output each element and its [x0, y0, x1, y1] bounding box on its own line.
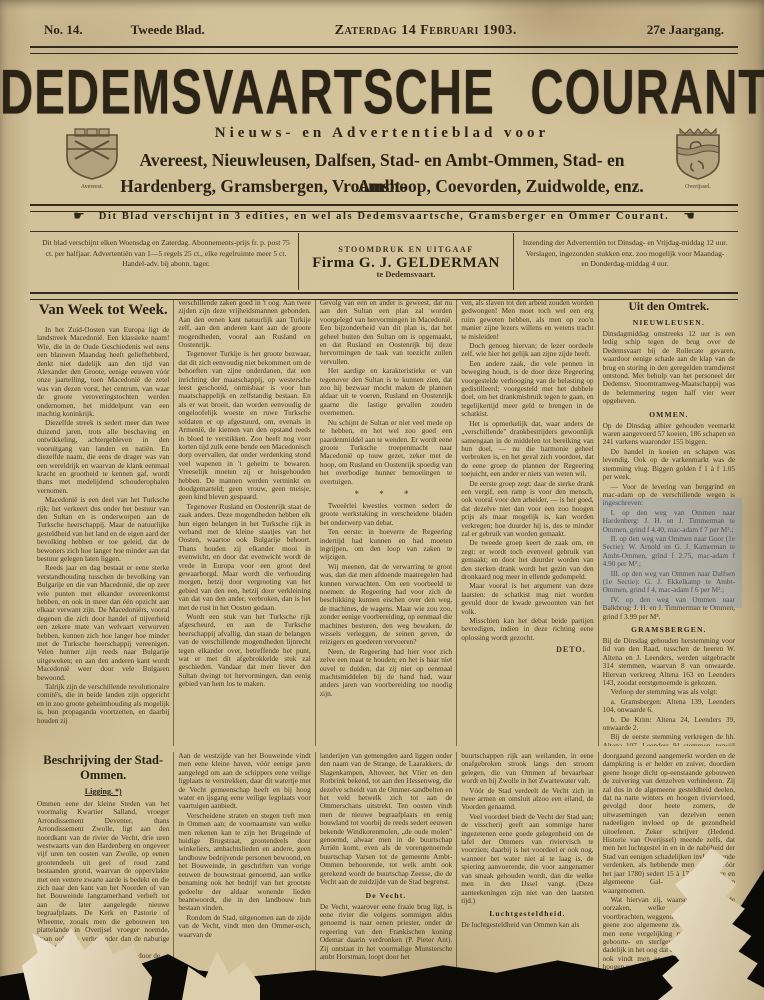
paragraph: landerijen van gemengden aard liggen ond…: [320, 752, 452, 887]
text-column: ven, als slaven tot den arbeid zouden wo…: [456, 299, 597, 746]
paragraph: Gevolg van een en ander is geweest, dat …: [320, 299, 452, 366]
overijssel-crest: Overijssel.: [656, 125, 740, 190]
paragraph: Dinsdagmiddag omstreeks 12 uur is een le…: [603, 330, 735, 406]
imprint-row: Dit blad verschijnt elken Woensdag en Za…: [34, 233, 736, 290]
divider-stars: * * *: [320, 489, 452, 499]
paragraph: De Vecht, waarover eene fraaie brug ligt…: [320, 903, 452, 962]
paragraph: Vóór de Stad verdeelt de Vecht zich in t…: [461, 787, 593, 812]
publication-date: Zaterdag 14 Februari 1903.: [205, 23, 647, 39]
paragraph: Veel voordeel biedt de Vecht der Stad aa…: [461, 813, 593, 905]
paragraph: Wordt een stuk van het Turksche rijk afg…: [178, 613, 310, 689]
paragraph: Ommen eene der kleine Steden van het voo…: [37, 800, 169, 951]
avereest-crest-caption: Avereest.: [50, 184, 134, 190]
body-section-bottom: Beschrijving der Stad-Ommen.Ligging. *)O…: [33, 752, 739, 988]
regions-line-2: Hardenberg, Gramsbergen, Vroomshoop, Coe…: [118, 173, 646, 199]
sub-heading: NIEUWLEUSEN.: [603, 318, 735, 327]
avereest-crest: Avereest.: [50, 127, 134, 190]
text-column: verschillende zaken goed in 't oog. Aan …: [173, 299, 314, 746]
paragraph: In het Zuid-Oosten van Europa ligt de la…: [37, 326, 169, 418]
paragraph: b. De Krim: Altena 24, Leenders 39, onwa…: [603, 716, 735, 733]
sub-heading: De Vecht.: [320, 891, 452, 900]
newspaper-page: No. 14. Tweede Blad. Zaterdag 14 Februar…: [0, 0, 764, 1000]
text-column: landerijen van gemengden aard liggen ond…: [315, 752, 456, 988]
paragraph: a. Gramsbergen: Altena 139, Leenders 104…: [603, 698, 735, 715]
paragraph: Het aardige en karakteristieke er van te…: [320, 367, 452, 417]
paragraph: buurtschappen rijk aan weilanden, in een…: [461, 752, 593, 786]
paragraph: Diezelfde streek is sedert meer dan twee…: [37, 419, 169, 495]
edition-rule: [30, 231, 738, 232]
paragraph: Tegenover Rusland en Oostenrijk staat de…: [178, 503, 310, 612]
paragraph: Rondom de Stad, uitgenomen aan de zijde …: [178, 914, 310, 939]
paragraph: Een andere zaak, die vele pennen in bewe…: [461, 360, 593, 419]
text-column: buurtschappen rijk aan weilanden, in een…: [456, 752, 597, 988]
publisher-box: STOOMDRUK EN UITGAAF Firma G. J. GELDERM…: [298, 233, 514, 290]
paragraph: Talrijk zijn de verschillende revolution…: [37, 683, 169, 725]
paragraph: ven, als slaven tot den arbeid zouden wo…: [461, 299, 593, 341]
paragraph: Nu schijnt de Sultan er niet veel mede o…: [320, 419, 452, 486]
article-heading: Beschrijving der Stad-Ommen.: [37, 753, 169, 783]
edition-label: Tweede Blad.: [131, 22, 205, 38]
header-row: No. 14. Tweede Blad. Zaterdag 14 Februar…: [44, 22, 724, 39]
paragraph: Maar vooral is het argument van deze laa…: [461, 582, 593, 616]
paragraph: De eerste groep zegt: daar de sterke dra…: [461, 480, 593, 539]
paragraph: Verloop der stemming was als volgt:: [603, 688, 735, 696]
overijssel-crest-caption: Overijssel.: [656, 184, 740, 190]
pointing-hand-left-icon: ☚: [683, 209, 695, 224]
paragraph: Reeds jaar en dag bestaat er eene sterke…: [37, 564, 169, 682]
paragraph: De luchtgesteldheid van Ommen kan als: [461, 921, 593, 929]
paragraph: Bij de Dinsdag gehouden herstemming voor…: [603, 637, 735, 687]
paragraph: Aan de westzijde van het Bouweinde vindt…: [178, 752, 310, 811]
paragraph: Macedonië is een deel van het Turksche r…: [37, 496, 169, 563]
publisher-place: te Dedemsvaart.: [307, 269, 505, 280]
article-heading: Uit den Omtrek.: [603, 301, 735, 313]
paragraph: Verscheidene straten en stegen treft men…: [178, 812, 310, 913]
issue-number: No. 14.: [44, 22, 83, 38]
paragraph: De handel in koeien en schapen was leven…: [603, 448, 735, 482]
paragraph: verschillende zaken goed in 't oog. Aan …: [178, 299, 310, 349]
paragraph: Doch genoeg hiervan; de lezer oordeele z…: [461, 342, 593, 359]
text-column: Aan de westzijde van het Bouweinde vindt…: [173, 752, 314, 988]
paragraph: Het is opmerkelijk dat, waar anders de „…: [461, 420, 593, 479]
paragraph: De tweede groep keert de zaak om, en zeg…: [461, 539, 593, 581]
text-column: Gevolg van een en ander is geweest, dat …: [315, 299, 456, 746]
blue-stain-overlay: [600, 498, 742, 608]
volume-label: 27e Jaargang.: [647, 22, 724, 38]
article-heading: Van Week tot Week.: [37, 302, 169, 319]
sub-heading: Luchtgesteldheid.: [461, 909, 593, 918]
publisher-name: Firma G. J. GELDERMAN: [307, 258, 505, 269]
paragraph: Tegenover Turkije is het groote bezwaar,…: [178, 350, 310, 501]
paragraph: Bij de eerste stemming verkregen de hh. …: [603, 733, 735, 746]
paragraph: Neen, de Regeering had hier voor zich ze…: [320, 648, 452, 698]
subscription-info: Dit blad verschijnt elken Woensdag en Za…: [34, 233, 298, 290]
paragraph: Wij meenen, dat de verwarring te groot w…: [320, 563, 452, 647]
paragraph: Op de Dinsdag alhier gehouden veemarkt w…: [603, 422, 735, 447]
paragraph: Tweeërlei kwesties vormen sedert de groo…: [320, 502, 452, 527]
paragraph: Ten eerste: in hoeverre de Regeering ind…: [320, 528, 452, 562]
sub-heading: Ligging. *): [37, 787, 169, 796]
advertising-info: Inzending der Advertentiën tot Dinsdag- …: [514, 233, 736, 290]
header-rule: [30, 46, 738, 54]
overijssel-crest-icon: [672, 125, 724, 183]
avereest-crest-icon: [63, 127, 121, 183]
sub-heading: GRAMSBERGEN.: [603, 625, 735, 634]
pointing-hand-right-icon: ☛: [73, 209, 85, 224]
sub-heading: OMMEN.: [603, 410, 735, 419]
signature: DETO.: [461, 645, 585, 654]
masthead-title: DEDEMSVAARTSCHE COURANT: [0, 54, 764, 129]
edition-note-text: Dit Blad verschijnt in 3 edities, en wel…: [99, 211, 669, 222]
paragraph: Misschien kan het debat beide partijen b…: [461, 617, 593, 642]
text-column: Van Week tot Week.In het Zuid-Oosten van…: [33, 299, 173, 746]
edition-note: ☛ Dit Blad verschijnt in 3 edities, en w…: [34, 209, 734, 224]
